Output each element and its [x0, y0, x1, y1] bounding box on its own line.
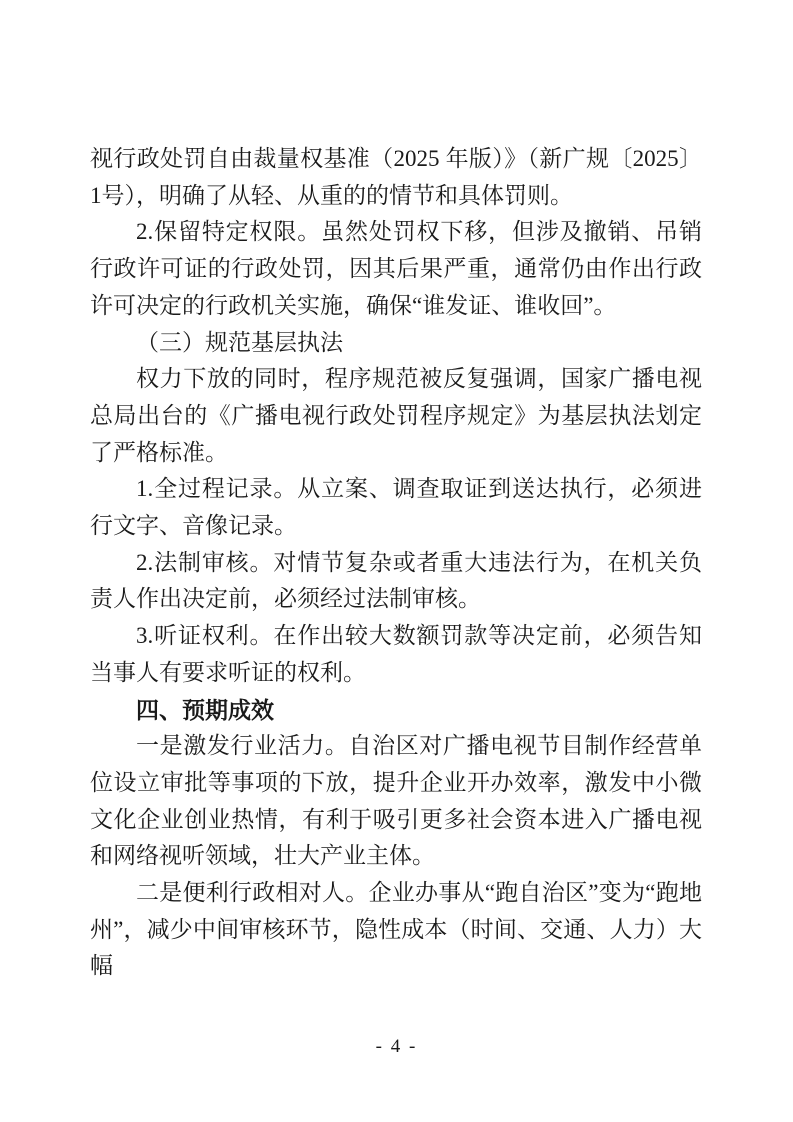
paragraph: 2.保留特定权限。虽然处罚权下移，但涉及撤销、吊销行政许可证的行政处罚，因其后果… [90, 214, 702, 324]
paragraph: 1.全过程记录。从立案、调查取证到送达执行，必须进行文字、音像记录。 [90, 471, 702, 544]
paragraph-lead: 一是激发行业活力。 [136, 733, 348, 758]
page-number: - 4 - [0, 1036, 793, 1058]
section-heading: 四、预期成效 [90, 692, 702, 729]
paragraph: 权力下放的同时，程序规范被反复强调，国家广播电视总局出台的《广播电视行政处罚程序… [90, 361, 702, 471]
paragraph: 2.法制审核。对情节复杂或者重大违法行为，在机关负责人作出决定前，必须经过法制审… [90, 545, 702, 618]
document-body: 视行政处罚自由裁量权基准（2025 年版）》（新广规〔2025〕1号），明确了从… [90, 141, 702, 985]
paragraph: 3.听证权利。在作出较大数额罚款等决定前，必须告知当事人有要求听证的权利。 [90, 618, 702, 691]
paragraph: 二是便利行政相对人。企业办事从“跑自治区”变为“跑地州”，减少中间审核环节，隐性… [90, 875, 702, 985]
sub-section-heading: （三）规范基层执法 [90, 325, 702, 362]
paragraph: 一是激发行业活力。自治区对广播电视节目制作经营单位设立审批等事项的下放，提升企业… [90, 728, 702, 875]
paragraph: 视行政处罚自由裁量权基准（2025 年版）》（新广规〔2025〕1号），明确了从… [90, 141, 702, 214]
document-page: 视行政处罚自由裁量权基准（2025 年版）》（新广规〔2025〕1号），明确了从… [0, 0, 793, 1122]
paragraph-lead: 二是便利行政相对人。 [136, 880, 369, 905]
